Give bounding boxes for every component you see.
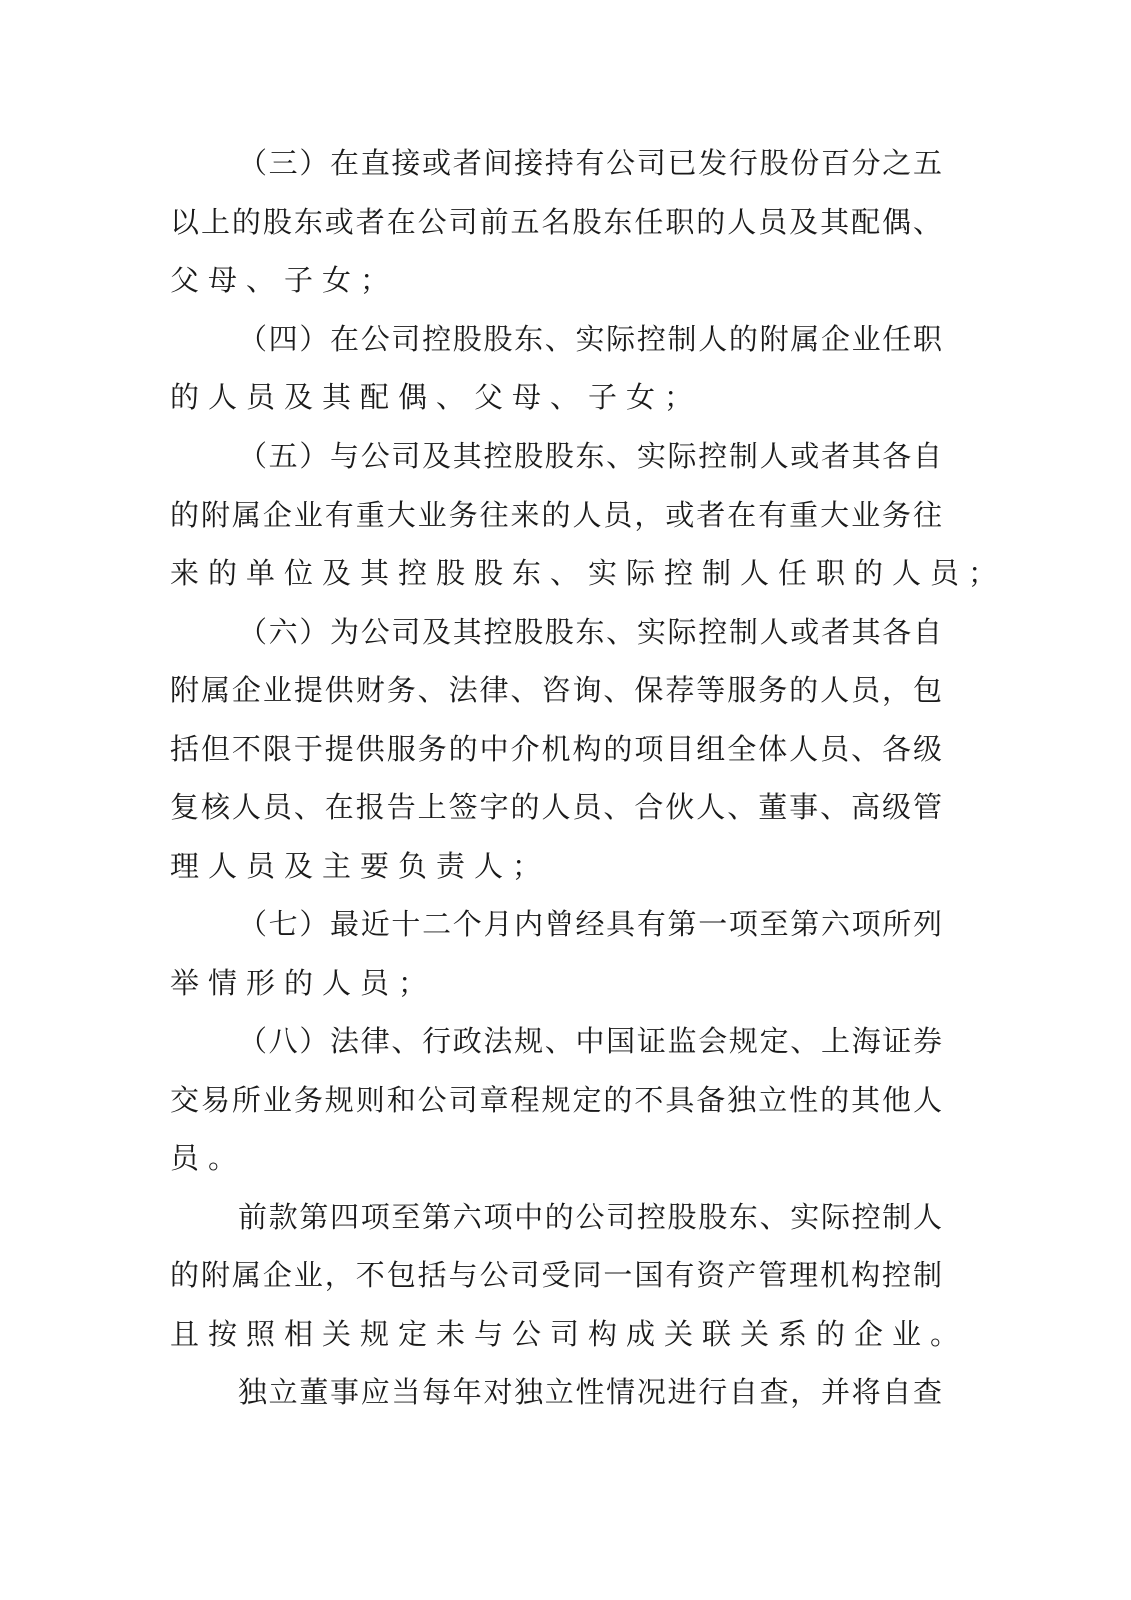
paragraph-item-7-line-1: （七）最近十二个月内曾经具有第一项至第六项所列: [238, 904, 942, 944]
paragraph-item-3-line-2: 以上的股东或者在公司前五名股东任职的人员及其配偶、: [170, 202, 942, 242]
paragraph-item-8-line-1: （八）法律、行政法规、中国证监会规定、上海证券: [238, 1021, 942, 1061]
paragraph-note-line-2: 的附属企业，不包括与公司受同一国有资产管理机构控制: [170, 1255, 942, 1295]
paragraph-item-6-line-4: 复核人员、在报告上签字的人员、合伙人、董事、高级管: [170, 787, 942, 827]
paragraph-item-5-line-2: 的附属企业有重大业务往来的人员，或者在有重大业务往: [170, 495, 942, 535]
paragraph-item-5-line-3: 来的单位及其控股股东、实际控制人任职的人员；: [170, 553, 942, 593]
paragraph-note-line-3: 且按照相关规定未与公司构成关联关系的企业。: [170, 1314, 942, 1354]
paragraph-item-4-line-1: （四）在公司控股股东、实际控制人的附属企业任职: [238, 319, 942, 359]
paragraph-item-8-line-2: 交易所业务规则和公司章程规定的不具备独立性的其他人: [170, 1080, 942, 1120]
paragraph-item-6-line-3: 括但不限于提供服务的中介机构的项目组全体人员、各级: [170, 729, 942, 769]
paragraph-self-check-line-1: 独立董事应当每年对独立性情况进行自查，并将自查: [238, 1372, 942, 1412]
paragraph-item-6-line-1: （六）为公司及其控股股东、实际控制人或者其各自: [238, 612, 942, 652]
document-page: （三）在直接或者间接持有公司已发行股份百分之五 以上的股东或者在公司前五名股东任…: [0, 0, 1131, 1600]
paragraph-item-5-line-1: （五）与公司及其控股股东、实际控制人或者其各自: [238, 436, 942, 476]
paragraph-item-7-line-2: 举情形的人员；: [170, 963, 942, 1003]
paragraph-item-4-line-2: 的人员及其配偶、父母、子女；: [170, 377, 942, 417]
paragraph-item-8-line-3: 员。: [170, 1138, 942, 1178]
paragraph-item-6-line-2: 附属企业提供财务、法律、咨询、保荐等服务的人员，包: [170, 670, 942, 710]
paragraph-item-6-line-5: 理人员及主要负责人；: [170, 846, 942, 886]
paragraph-note-line-1: 前款第四项至第六项中的公司控股股东、实际控制人: [238, 1197, 942, 1237]
paragraph-item-3-line-3: 父母、子女；: [170, 260, 942, 300]
paragraph-item-3-line-1: （三）在直接或者间接持有公司已发行股份百分之五: [238, 143, 942, 183]
